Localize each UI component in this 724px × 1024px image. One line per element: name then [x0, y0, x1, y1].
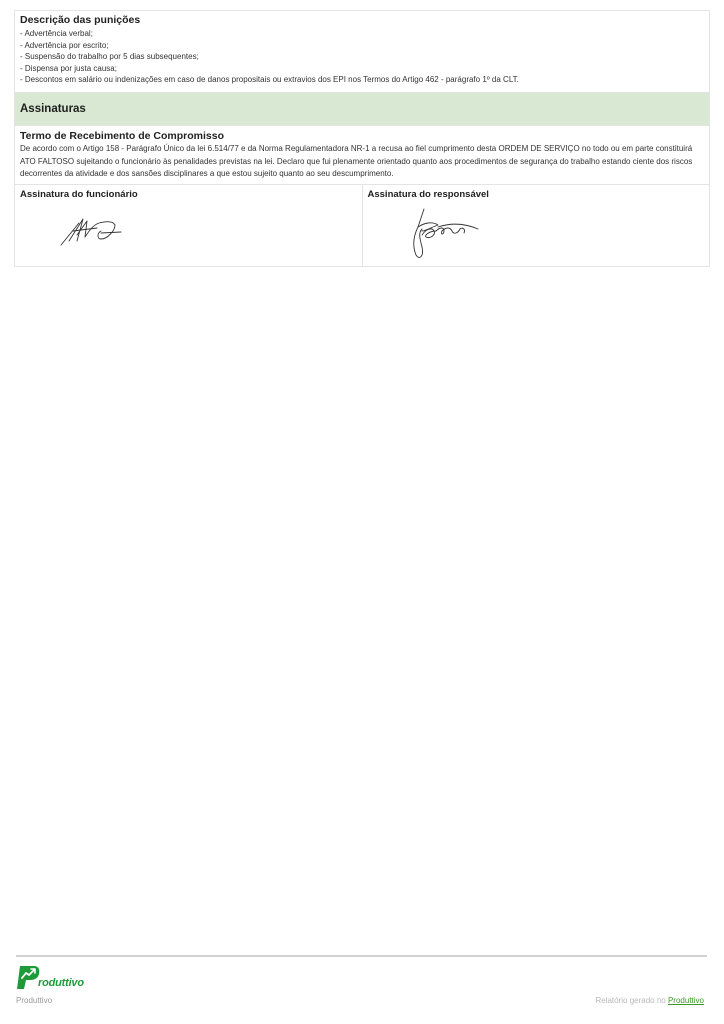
punishment-item: - Advertência verbal;	[20, 28, 704, 40]
footer-generated-by: Relatório gerado no Produttivo	[595, 996, 704, 1005]
punishments-section: Descrição das punições - Advertência ver…	[15, 11, 709, 93]
manager-signature-image	[408, 205, 488, 263]
punishment-item: - Dispensa por justa causa;	[20, 63, 704, 75]
punishment-item: - Advertência por escrito;	[20, 40, 704, 52]
signatures-section-title: Assinaturas	[20, 103, 86, 115]
manager-signature-label: Assinatura do responsável	[368, 189, 705, 201]
footer-divider	[16, 955, 707, 957]
employee-signature-label: Assinatura do funcionário	[20, 189, 357, 201]
manager-signature-cell: Assinatura do responsável	[362, 185, 710, 266]
report-page-content: Descrição das punições - Advertência ver…	[14, 10, 710, 267]
commitment-term-text: De acordo com o Artigo 158 - Parágrafo Ú…	[20, 143, 704, 181]
signatures-section-header: Assinaturas	[15, 93, 709, 126]
employee-signature-image	[57, 211, 127, 251]
employee-signature-cell: Assinatura do funcionário	[15, 185, 362, 266]
punishments-title: Descrição das punições	[20, 14, 704, 27]
produttivo-logo-icon	[16, 964, 40, 990]
logo-wordmark: roduttivo	[38, 977, 84, 989]
produttivo-logo: roduttivo	[16, 962, 96, 990]
punishment-item: - Descontos em salário ou indenizações e…	[20, 74, 704, 86]
punishment-item: - Suspensão do trabalho por 5 dias subse…	[20, 51, 704, 63]
footer-brand-name: Produttivo	[16, 996, 52, 1005]
commitment-term-title: Termo de Recebimento de Compromisso	[20, 130, 704, 143]
produttivo-link[interactable]: Produttivo	[668, 996, 704, 1005]
signatures-row: Assinatura do funcionário Assinatura do …	[15, 185, 709, 266]
commitment-term: Termo de Recebimento de Compromisso De a…	[15, 126, 709, 185]
punishments-list: - Advertência verbal; - Advertência por …	[20, 28, 704, 86]
generated-by-text: Relatório gerado no	[595, 996, 668, 1005]
